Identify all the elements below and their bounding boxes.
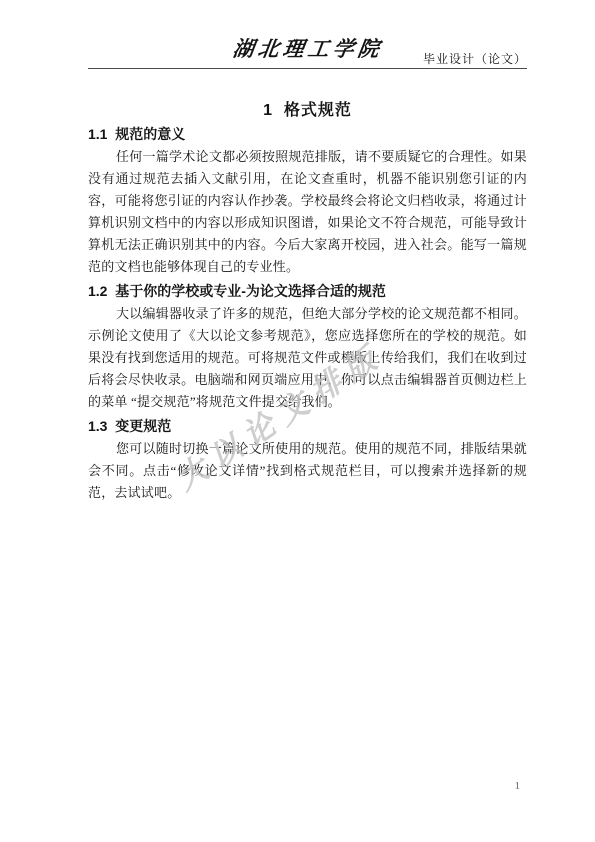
section-heading-1-1: 1.1 规范的意义 [88, 125, 527, 143]
document-body: 1 格式规范 1.1 规范的意义 任何一篇学术论文都必须按照规范排版，请不要质疑… [88, 68, 527, 504]
page-number: 1 [515, 780, 521, 792]
section-1-3: 1.3 变更规范 您可以随时切换一篇论文所使用的规范。使用的规范不同，排版结果就… [88, 417, 527, 504]
section-1-1: 1.1 规范的意义 任何一篇学术论文都必须按照规范排版，请不要质疑它的合理性。如… [88, 125, 527, 278]
section-heading-1-2: 1.2 基于你的学校或专业-为论文选择合适的规范 [88, 282, 527, 300]
section-paragraph-1-3: 您可以随时切换一篇论文所使用的规范。使用的规范不同，排版结果就会不同。点击“修改… [88, 438, 527, 504]
section-1-2: 1.2 基于你的学校或专业-为论文选择合适的规范 大以编辑器收录了许多的规范，但… [88, 282, 527, 413]
section-paragraph-1-1: 任何一篇学术论文都必须按照规范排版，请不要质疑它的合理性。如果没有通过规范去插入… [88, 146, 527, 278]
document-page: 湖北理工学院 毕业设计（论文） 1 格式规范 1.1 规范的意义 任何一篇学术论… [0, 0, 595, 842]
chapter-title: 1 格式规范 [88, 101, 527, 121]
header-doc-type-label: 毕业设计（论文） [423, 50, 527, 67]
section-heading-1-3: 1.3 变更规范 [88, 417, 527, 435]
school-logo: 湖北理工学院 [230, 33, 384, 63]
page-header: 湖北理工学院 毕业设计（论文） [88, 0, 527, 69]
section-paragraph-1-2: 大以编辑器收录了许多的规范，但绝大部分学校的论文规范都不相同。示例论文使用了《大… [88, 303, 527, 413]
